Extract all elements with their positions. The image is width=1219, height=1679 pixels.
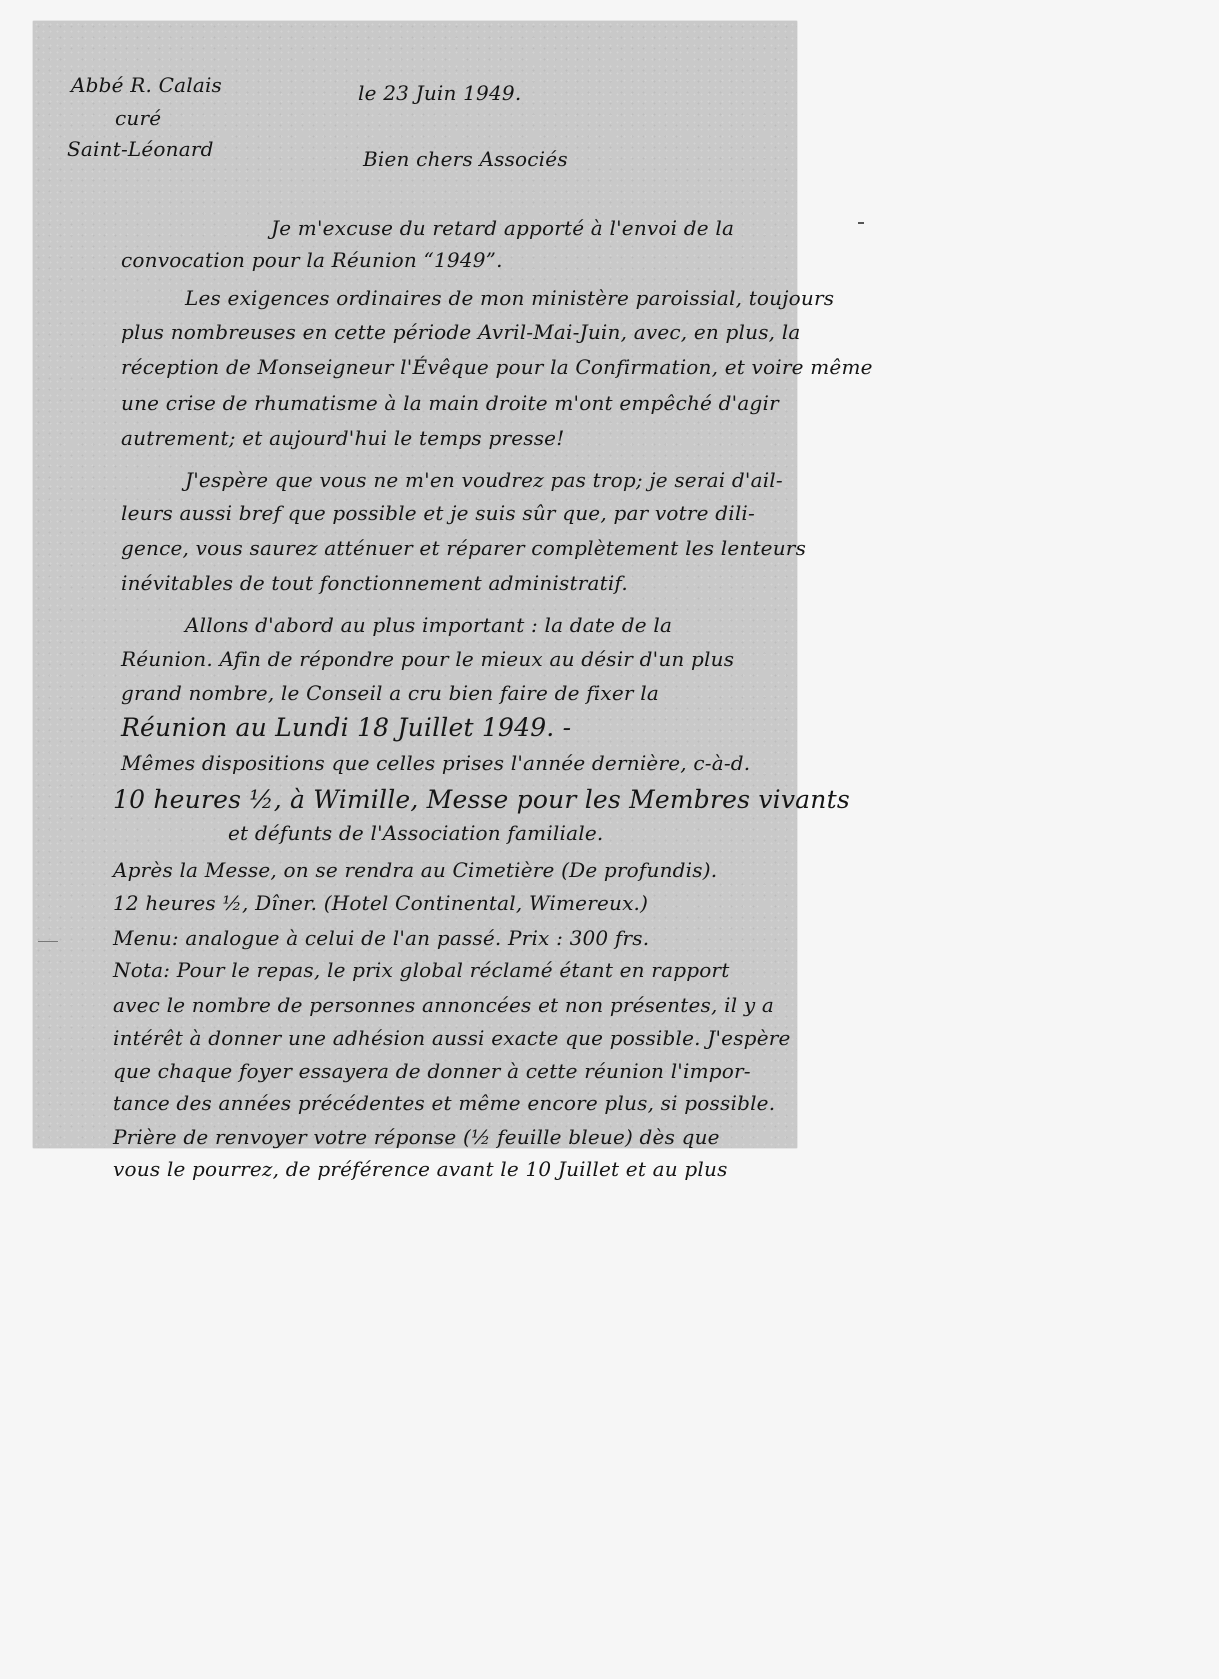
body-line: intérêt à donner une adhésion aussi exac… xyxy=(113,1026,791,1050)
body-line: Réunion. Afin de répondre pour le mieux … xyxy=(121,647,734,671)
letter-page: Abbé R. Calais curé Saint-Léonard le 23 … xyxy=(33,21,797,1148)
body-line: réception de Monseigneur l'Évêque pour l… xyxy=(121,355,873,379)
body-line: Mêmes dispositions que celles prises l'a… xyxy=(121,751,750,775)
margin-mark xyxy=(38,941,58,942)
body-line: Réunion au Lundi 18 Juillet 1949. - xyxy=(121,713,571,742)
sender-name: Abbé R. Calais xyxy=(71,73,222,97)
body-line: et défunts de l'Association familiale. xyxy=(228,821,603,845)
sender-parish: Saint-Léonard xyxy=(67,137,214,161)
body-line: avec le nombre de personnes annoncées et… xyxy=(113,993,774,1017)
body-line: 10 heures ½, à Wimille, Messe pour les M… xyxy=(113,785,850,814)
body-line: Je m'excuse du retard apporté à l'envoi … xyxy=(271,216,734,240)
body-line: Menu: analogue à celui de l'an passé. Pr… xyxy=(113,926,649,950)
body-line: plus nombreuses en cette période Avril-M… xyxy=(121,320,801,344)
body-line: Prière de renvoyer votre réponse (½ feui… xyxy=(113,1125,720,1149)
body-line: Après la Messe, on se rendra au Cimetièr… xyxy=(113,858,717,882)
body-line: gence, vous saurez atténuer et réparer c… xyxy=(121,536,806,560)
stray-mark xyxy=(858,222,864,224)
body-line: tance des années précédentes et même enc… xyxy=(113,1091,775,1115)
body-line: Nota: Pour le repas, le prix global récl… xyxy=(113,958,729,982)
body-line: convocation pour la Réunion “1949”. xyxy=(121,248,503,272)
body-line: Allons d'abord au plus important : la da… xyxy=(185,613,672,637)
sender-title: curé xyxy=(115,106,161,130)
body-line: que chaque foyer essayera de donner à ce… xyxy=(113,1059,751,1083)
body-line: vous le pourrez, de préférence avant le … xyxy=(113,1157,728,1181)
body-line: leurs aussi bref que possible et je suis… xyxy=(121,501,755,525)
body-line: inévitables de tout fonctionnement admin… xyxy=(121,571,628,595)
body-line: autrement; et aujourd'hui le temps press… xyxy=(121,426,564,450)
body-line: Les exigences ordinaires de mon ministèr… xyxy=(185,286,834,310)
letter-date: le 23 Juin 1949. xyxy=(358,81,521,105)
salutation: Bien chers Associés xyxy=(363,147,568,171)
body-line: 12 heures ½, Dîner. (Hotel Continental, … xyxy=(113,891,648,915)
body-line: J'espère que vous ne m'en voudrez pas tr… xyxy=(185,468,783,492)
body-line: une crise de rhumatisme à la main droite… xyxy=(121,391,779,415)
body-line: grand nombre, le Conseil a cru bien fair… xyxy=(121,681,659,705)
